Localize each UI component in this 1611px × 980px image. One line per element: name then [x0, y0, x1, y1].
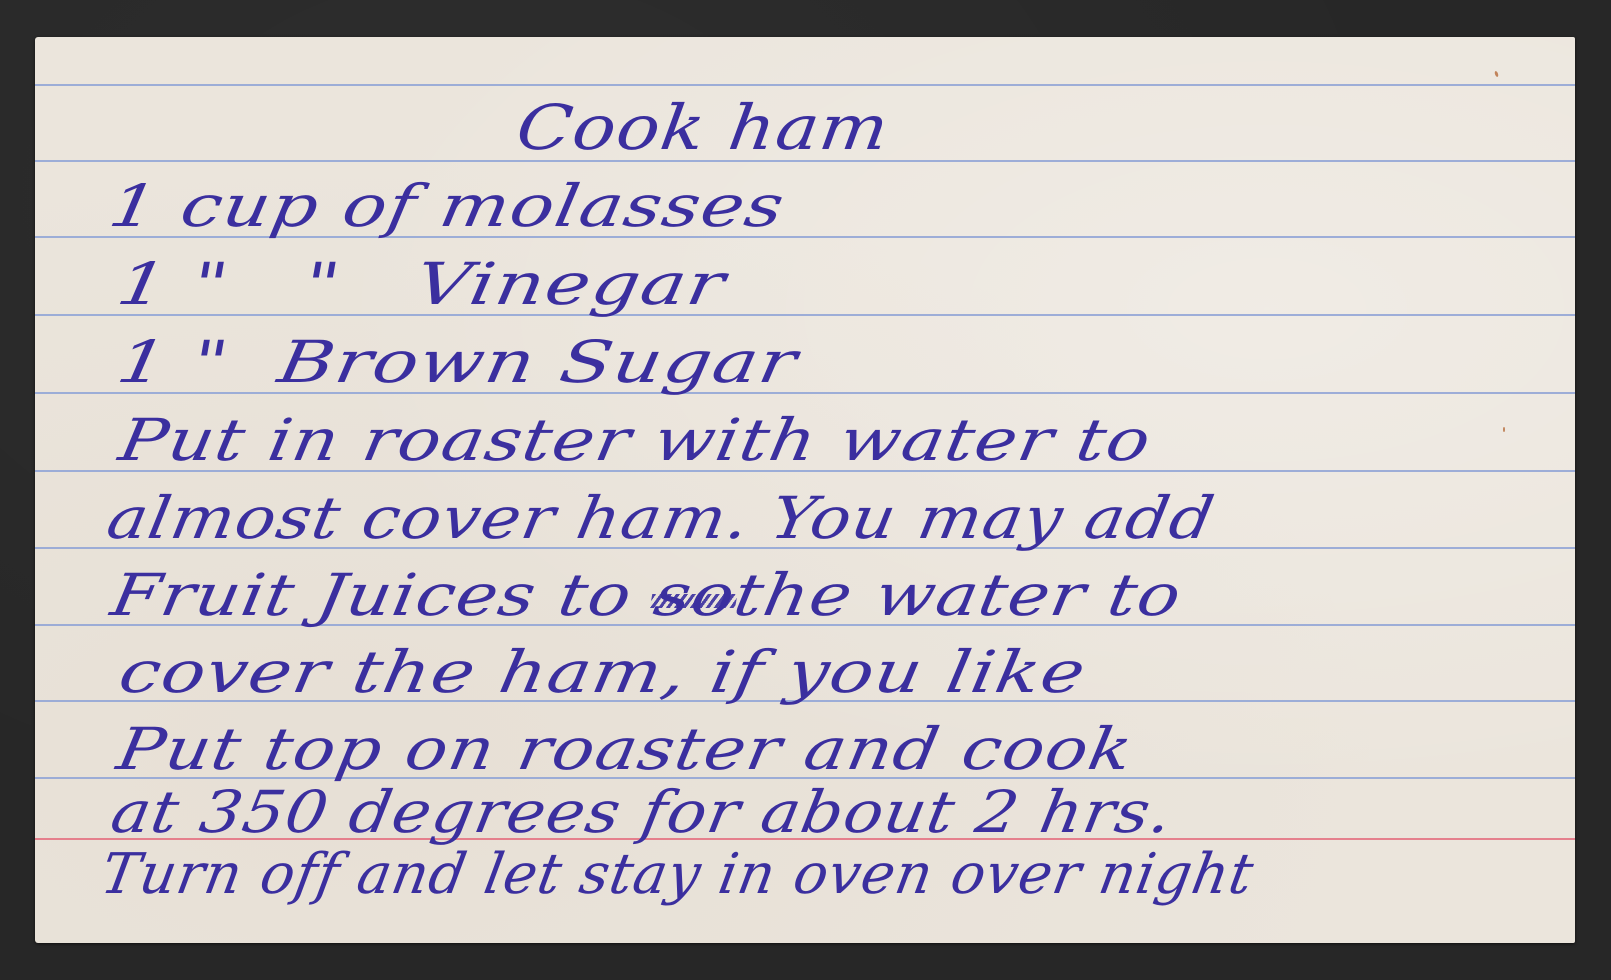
instruction-text: Fruit Juices to	[106, 561, 661, 629]
instruction-line: Turn off and let stay in oven over night	[97, 847, 1258, 903]
recipe-card: Cook ham 1 cup of molasses 1 " " Vinegar…	[35, 37, 1575, 943]
ingredient-line: 1 " " Vinegar	[113, 255, 730, 313]
instruction-line: at 350 degrees for about 2 hrs.	[107, 783, 1177, 841]
ingredient-line: 1 " Brown Sugar	[113, 333, 802, 391]
recipe-title: Cook ham	[513, 97, 893, 159]
ingredient-line: 1 cup of molasses	[105, 177, 789, 235]
instruction-line: almost cover ham. You may add	[103, 489, 1219, 547]
instruction-line: cover the ham, if you like	[115, 643, 1091, 701]
paper-speck	[1494, 71, 1499, 78]
ruled-line	[35, 84, 1575, 86]
struck-out-word: so	[650, 566, 740, 624]
paper-speck	[1503, 427, 1505, 432]
instruction-line: Fruit Juices to sothe water to	[107, 566, 1186, 624]
instruction-text: the water to	[729, 561, 1187, 629]
instruction-line: Put top on roaster and cook	[113, 720, 1138, 778]
instruction-line: Put in roaster with water to	[115, 411, 1156, 469]
